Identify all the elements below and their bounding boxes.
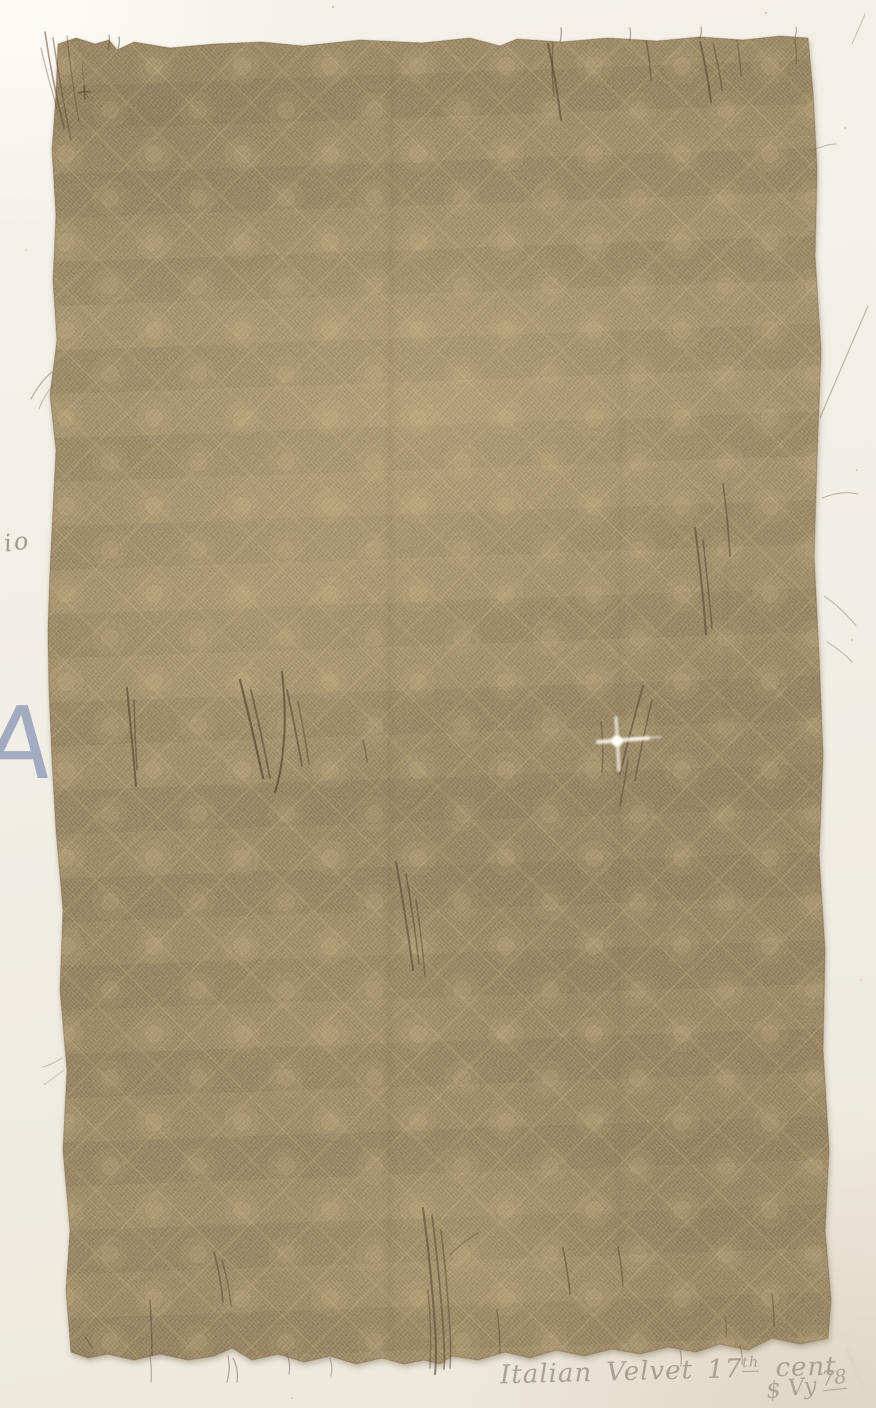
velvet-fragment: [0, 0, 876, 1408]
corner-mark-text: $ Vy: [765, 1373, 818, 1404]
caption-superscript: th: [742, 1355, 759, 1372]
margin-number-inscription: io: [2, 526, 32, 557]
caption-text: Italian Velvet 17: [500, 1354, 743, 1390]
photo-canvas: io A Italian Velvet 17th cent $ Vy78: [0, 0, 876, 1408]
velvet-fragment-wrap: [0, 0, 876, 1408]
corner-mark-number: 78: [821, 1365, 848, 1391]
